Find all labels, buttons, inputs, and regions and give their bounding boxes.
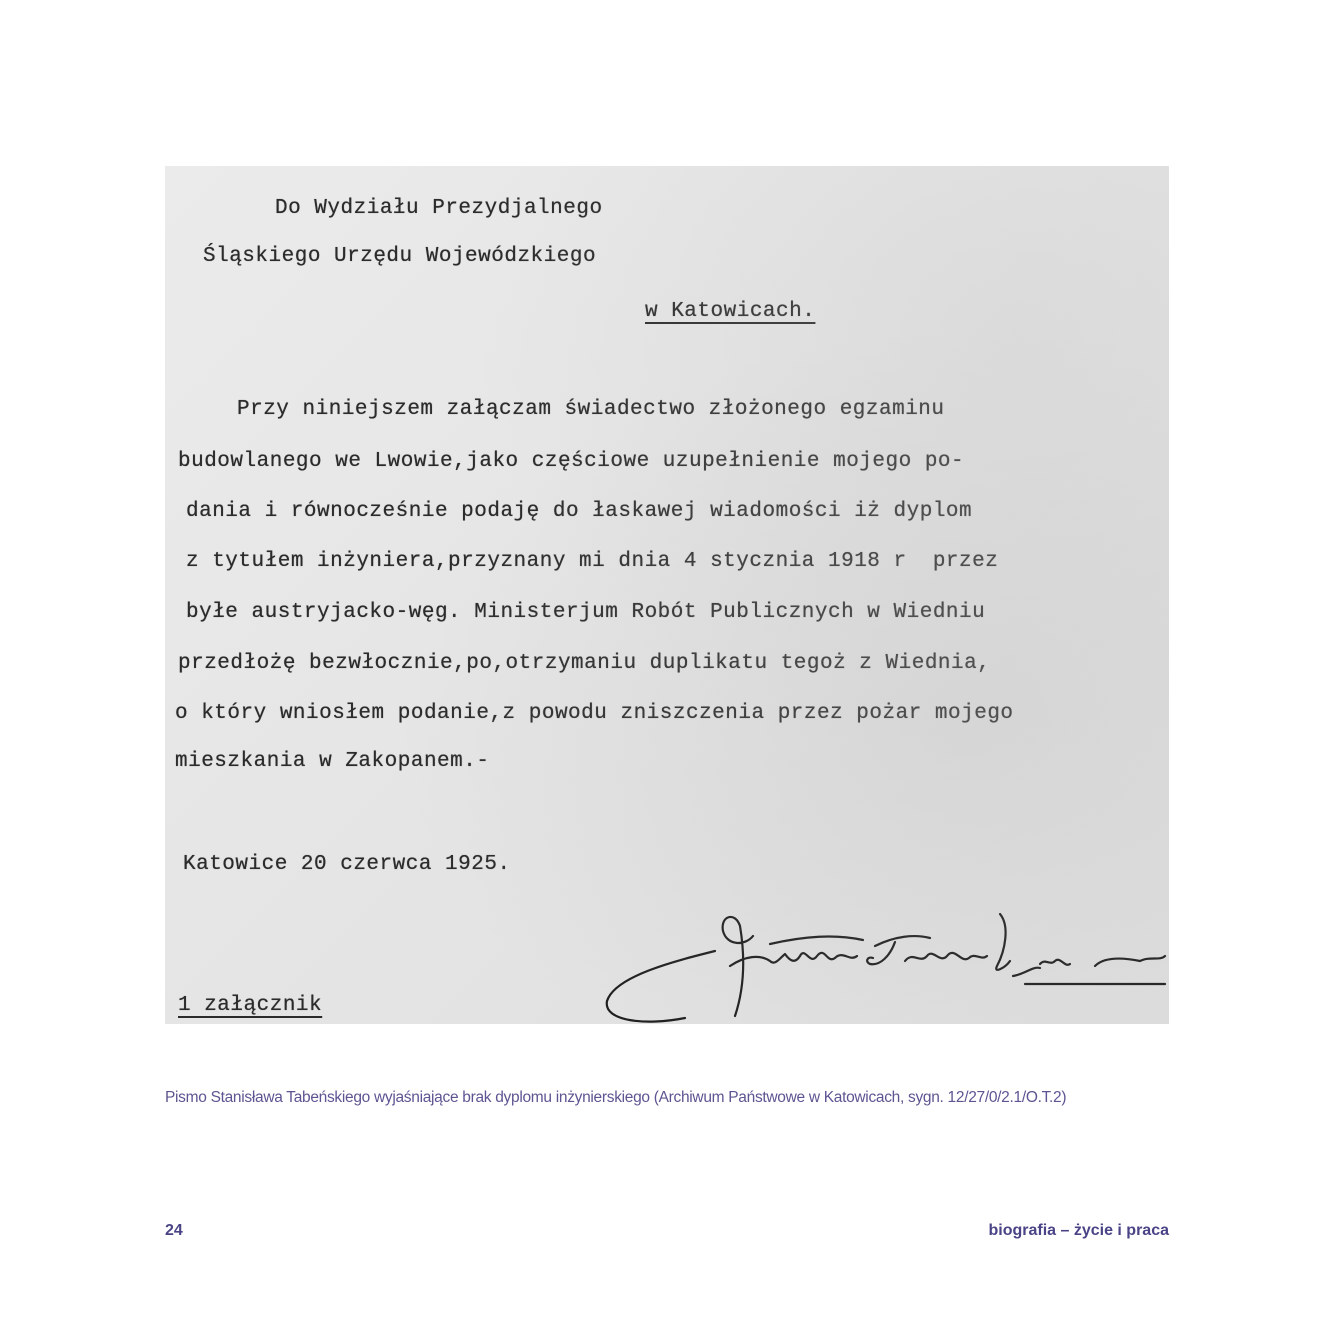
letter-body-line: o który wniosłem podanie,z powodu zniszc… (175, 702, 1014, 725)
letter-body-line: z tytułem inżyniera,przyznany mi dnia 4 … (186, 550, 998, 573)
letter-address-line-1: Do Wydziału Prezydjalnego (275, 197, 603, 220)
letter-address-line-3: w Katowicach. (645, 300, 815, 323)
letter-body-line: budowlanego we Lwowie,jako częściowe uzu… (178, 450, 964, 473)
letter-date-line: Katowice 20 czerwca 1925. (183, 853, 511, 876)
letter-body-line: dania i równocześnie podaję do łaskawej … (186, 500, 972, 523)
running-head: biografia – życie i praca (988, 1222, 1169, 1240)
letter-body-line: Przy niniejszem załączam świadectwo złoż… (237, 398, 945, 421)
letter-body-line: przedłożę bezwłocznie,po,otrzymaniu dupl… (178, 652, 990, 675)
letter-attachment-note: 1 załącznik (178, 994, 322, 1017)
scanned-letter-image: Do Wydziału Prezydjalnego Śląskiego Urzę… (165, 166, 1169, 1024)
letter-body-line: byłe austryjacko-węg. Ministerjum Robót … (186, 601, 985, 624)
handwritten-signature (595, 906, 1169, 1024)
page-number: 24 (165, 1222, 183, 1240)
letter-address-line-2: Śląskiego Urzędu Wojewódzkiego (203, 245, 596, 268)
letter-body-line: mieszkania w Zakopanem.- (175, 750, 489, 773)
figure-caption: Pismo Stanisława Tabeńskiego wyjaśniając… (165, 1089, 1175, 1107)
